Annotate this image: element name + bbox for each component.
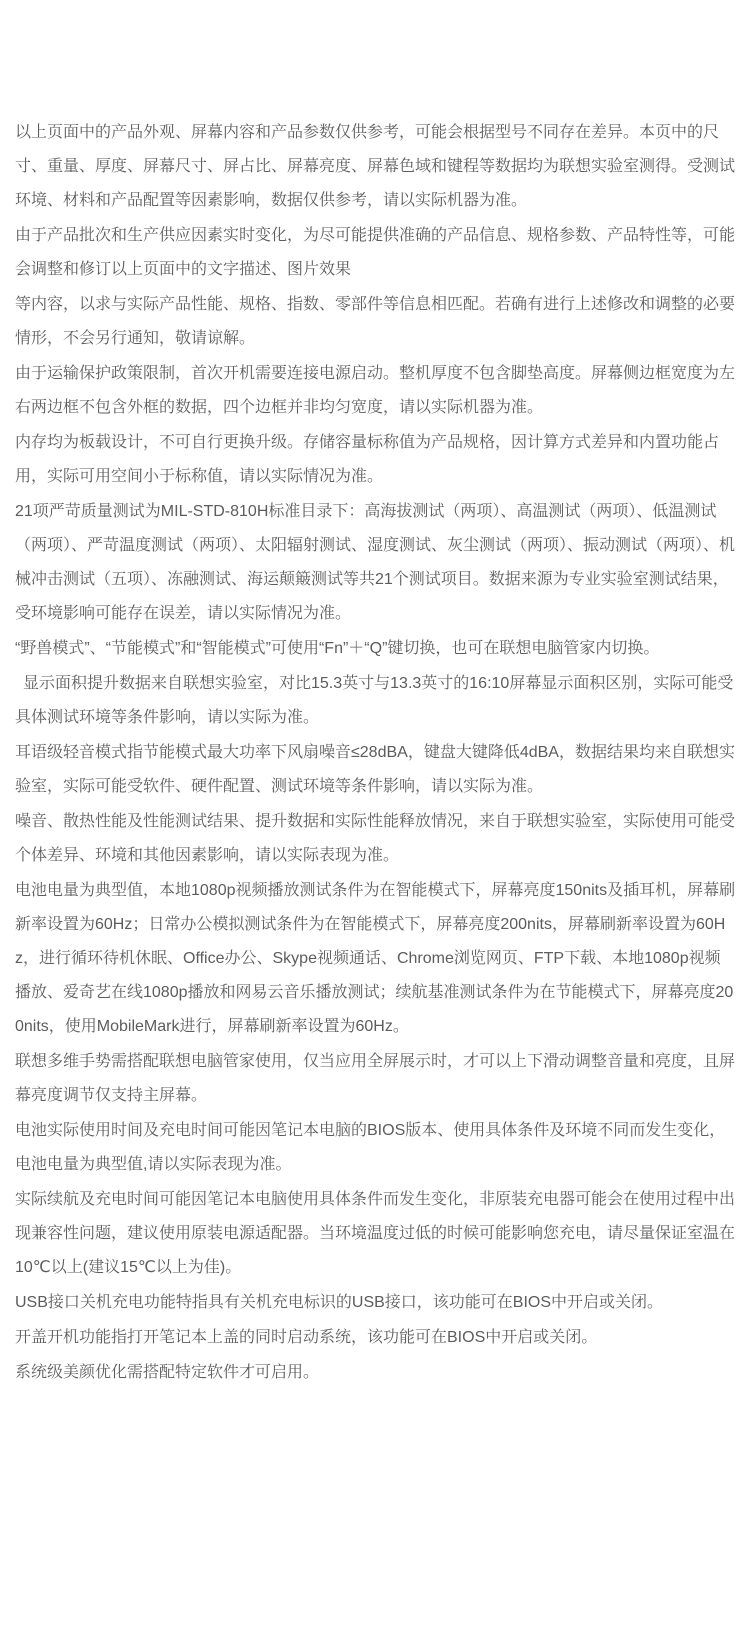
disclaimer-paragraph-batch-variation: 由于产品批次和生产供应因素实时变化，为尽可能提供准确的产品信息、规格参数、产品特…	[15, 219, 736, 287]
disclaimer-paragraph-no-notice: 等内容，以求与实际产品性能、规格、指数、零部件等信息相匹配。若确有进行上述修改和…	[15, 288, 736, 356]
disclaimer-paragraph-display-area: 显示面积提升数据来自联想实验室，对比15.3英寸与13.3英寸的16:10屏幕显…	[15, 667, 736, 735]
disclaimer-paragraph-battery-usage-time: 电池实际使用时间及充电时间可能因笔记本电脑的BIOS版本、使用具体条件及环境不同…	[15, 1114, 736, 1182]
disclaimer-paragraph-mil-std-tests: 21项严苛质量测试为MIL-STD-810H标准目录下：高海拔测试（两项）、高温…	[15, 495, 736, 631]
disclaimer-paragraph-noise-thermal: 噪音、散热性能及性能测试结果、提升数据和实际性能释放情况，来自于联想实验室，实际…	[15, 805, 736, 873]
disclaimer-paragraph-battery-test-conditions: 电池电量为典型值，本地1080p视频播放测试条件为在智能模式下，屏幕亮度150n…	[15, 874, 736, 1044]
disclaimer-paragraph-charging-temperature: 实际续航及充电时间可能因笔记本电脑使用具体条件而发生变化，非原装充电器可能会在使…	[15, 1183, 736, 1285]
disclaimer-paragraph-lid-power-on: 开盖开机功能指打开笔记本上盖的同时启动系统，该功能可在BIOS中开启或关闭。	[15, 1321, 736, 1355]
disclaimer-paragraph-multi-gesture: 联想多维手势需搭配联想电脑管家使用，仅当应用全屏展示时，才可以上下滑动调整音量和…	[15, 1045, 736, 1113]
disclaimer-paragraph-beauty-optimization: 系统级美颜优化需搭配特定软件才可启用。	[15, 1356, 736, 1390]
product-disclaimer-section: 以上页面中的产品外观、屏幕内容和产品参数仅供参考，可能会根据型号不同存在差异。本…	[0, 0, 750, 1390]
disclaimer-paragraph-performance-modes: “野兽模式”、“节能模式”和“智能模式”可使用“Fn”＋“Q”键切换，也可在联想…	[15, 632, 736, 666]
disclaimer-paragraph-memory-storage: 内存均为板载设计，不可自行更换升级。存储容量标称值为产品规格，因计算方式差异和内…	[15, 426, 736, 494]
disclaimer-paragraph-appearance: 以上页面中的产品外观、屏幕内容和产品参数仅供参考，可能会根据型号不同存在差异。本…	[15, 116, 736, 218]
disclaimer-paragraph-quiet-mode: 耳语级轻音模式指节能模式最大功率下风扇噪音≤28dBA，键盘大键降低4dBA，数…	[15, 736, 736, 804]
disclaimer-paragraph-usb-charging: USB接口关机充电功能特指具有关机充电标识的USB接口，该功能可在BIOS中开启…	[15, 1286, 736, 1320]
disclaimer-paragraph-shipping-protection: 由于运输保护政策限制，首次开机需要连接电源启动。整机厚度不包含脚垫高度。屏幕侧边…	[15, 357, 736, 425]
